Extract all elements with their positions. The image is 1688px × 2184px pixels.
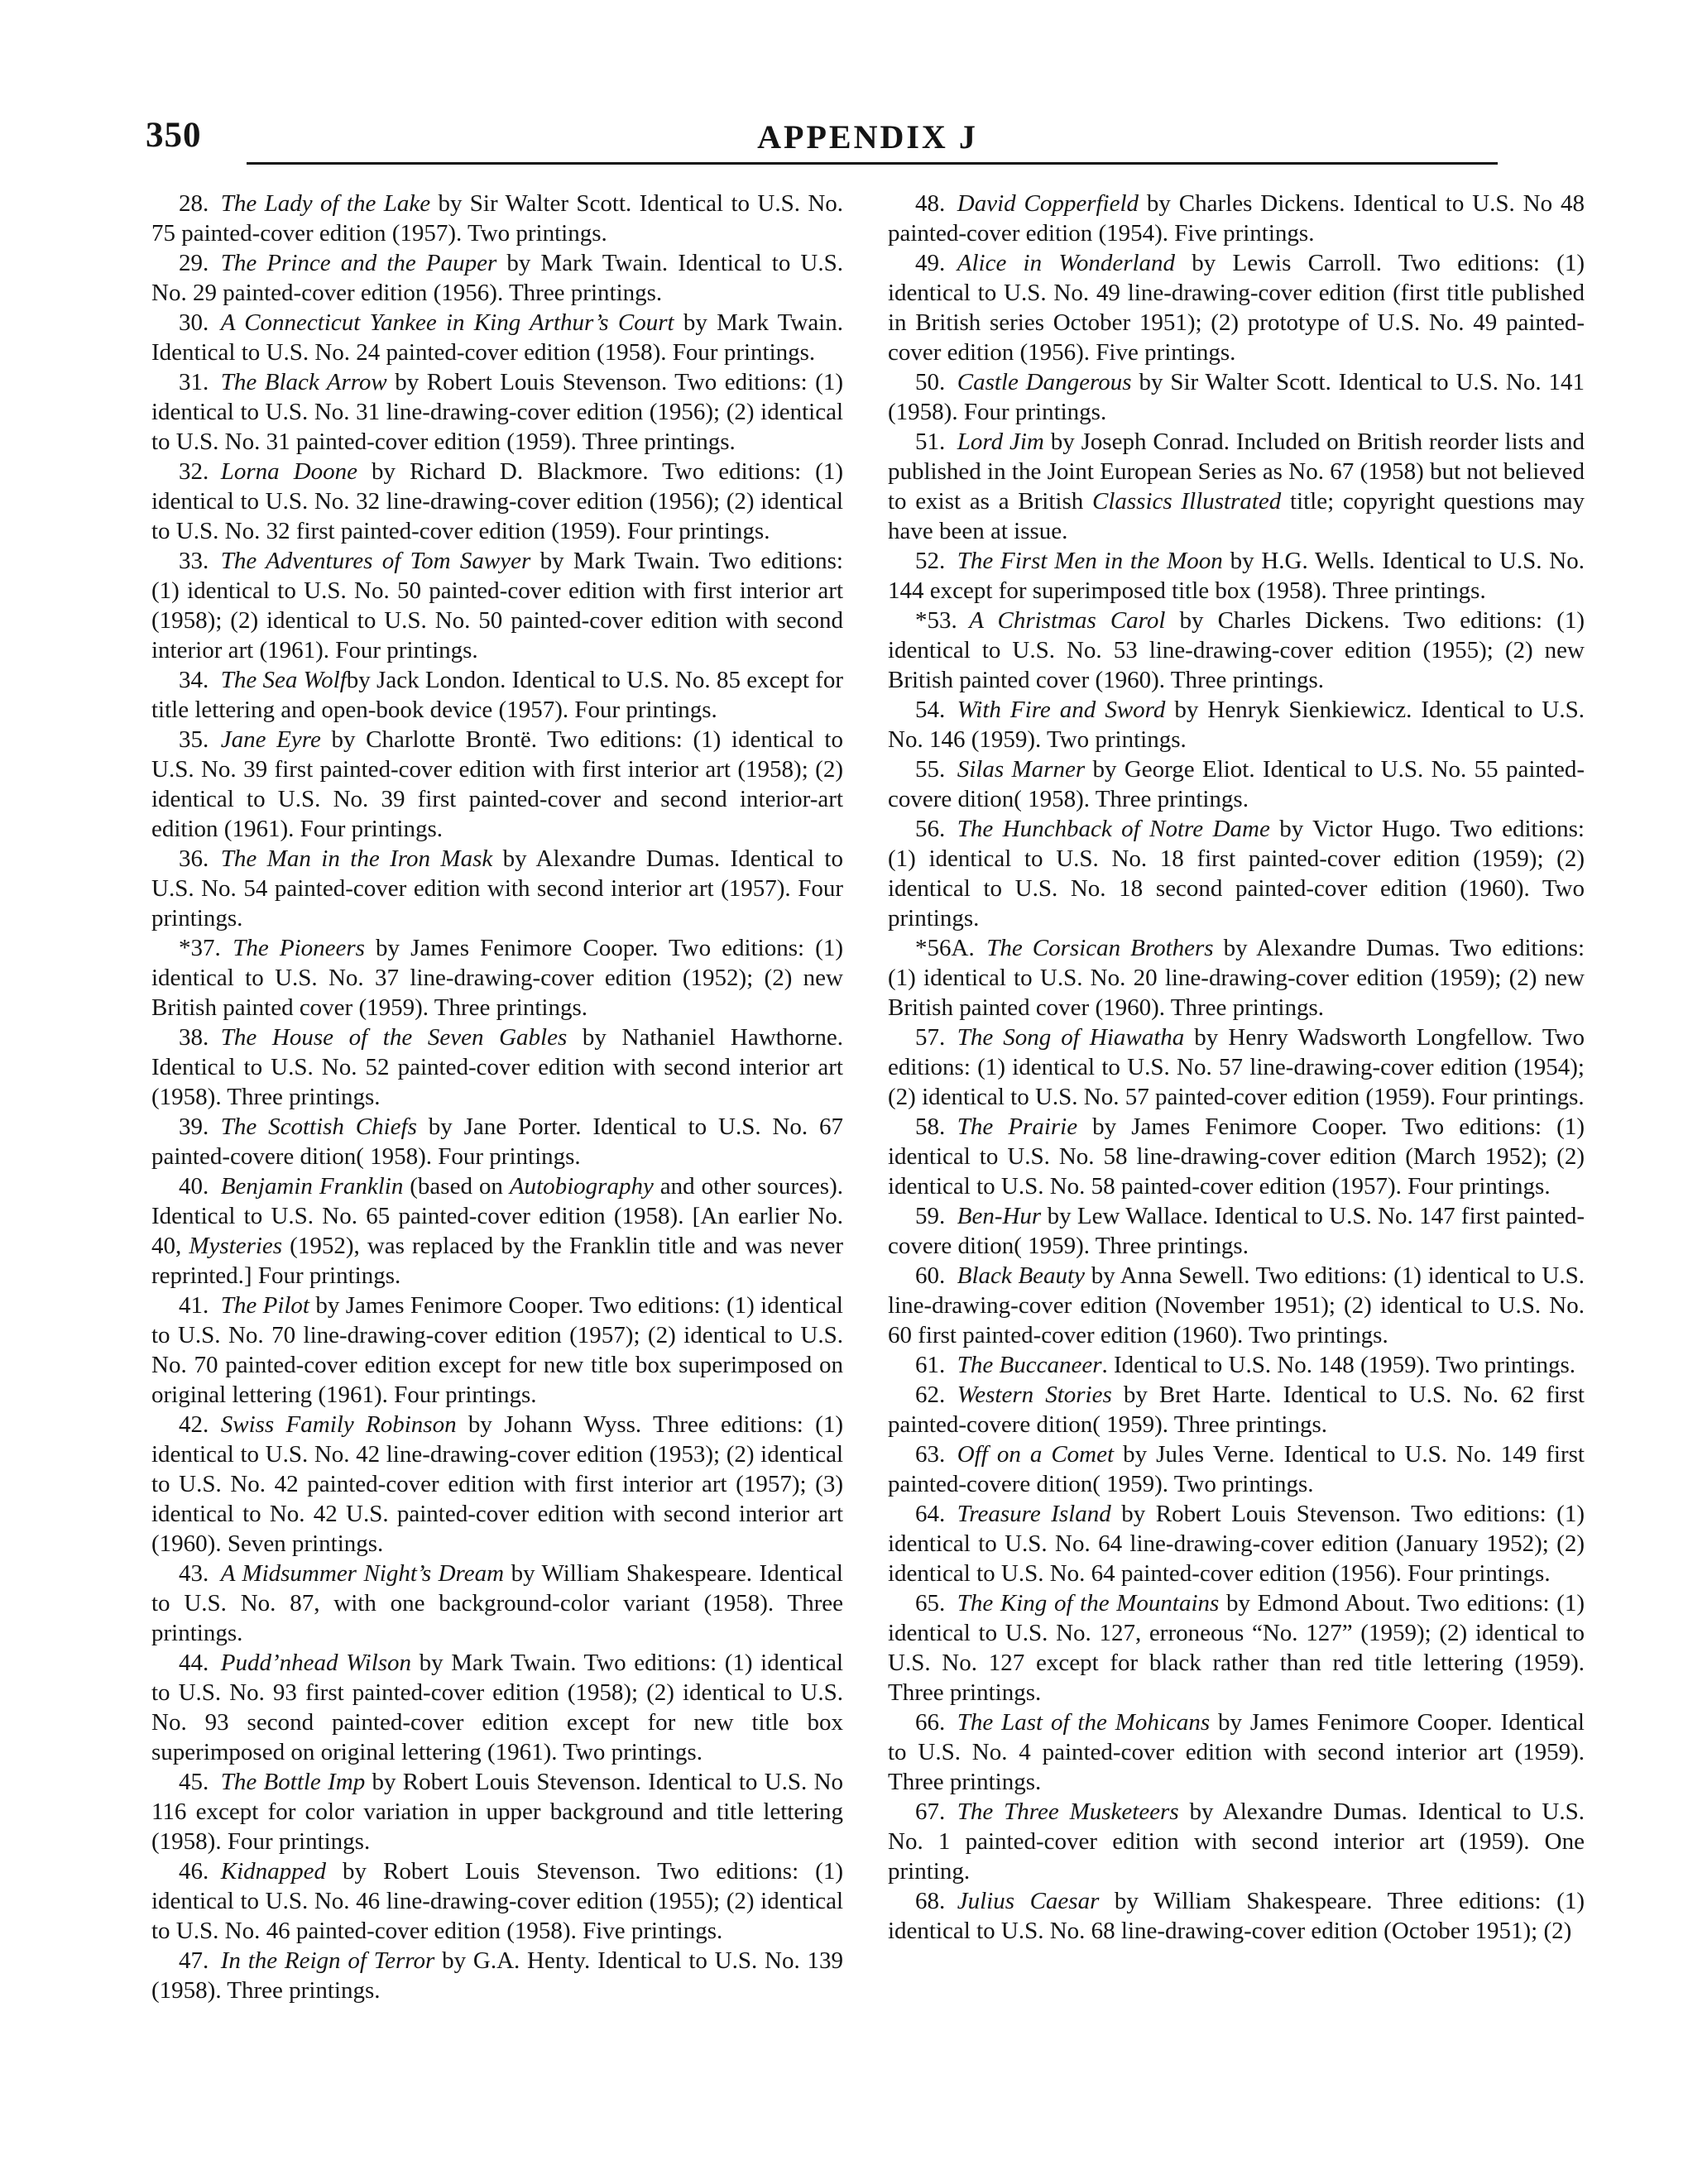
catalog-entry: 65. The King of the Mountains by Edmond …: [888, 1588, 1585, 1707]
entry-text: 64.: [915, 1501, 957, 1527]
book-title: Swiss Family Robinson: [221, 1411, 457, 1438]
catalog-entry: 48. David Copperfield by Charles Dickens…: [888, 189, 1585, 248]
catalog-entry: 67. The Three Musketeers by Alexandre Du…: [888, 1797, 1585, 1886]
book-title: The Bottle Imp: [221, 1769, 365, 1795]
book-title: The Pilot: [221, 1292, 309, 1319]
entry-text: *53.: [915, 607, 969, 634]
catalog-entry: 46. Kidnapped by Robert Louis Stevenson.…: [151, 1856, 843, 1946]
catalog-entry: 61. The Buccaneer. Identical to U.S. No.…: [888, 1350, 1585, 1380]
catalog-entry: *37. The Pioneers by James Fenimore Coop…: [151, 933, 843, 1023]
entry-text: 61.: [915, 1352, 957, 1378]
book-title: In the Reign of Terror: [221, 1947, 435, 1974]
book-title: The Corsican Brothers: [986, 935, 1213, 961]
book-title: Kidnapped: [221, 1858, 326, 1885]
book-title: The First Men in the Moon: [957, 548, 1223, 574]
entry-text: *37.: [179, 935, 233, 961]
book-page: 350 APPENDIX J 28. The Lady of the Lake …: [0, 0, 1688, 2184]
catalog-entry: 43. A Midsummer Night’s Dream by William…: [151, 1559, 843, 1648]
catalog-entry: 62. Western Stories by Bret Harte. Ident…: [888, 1380, 1585, 1439]
right-text-column: 48. David Copperfield by Charles Dickens…: [888, 189, 1585, 1946]
entry-text: 45.: [179, 1769, 221, 1795]
catalog-entry: 68. Julius Caesar by William Shakespeare…: [888, 1886, 1585, 1946]
catalog-entry: 60. Black Beauty by Anna Sewell. Two edi…: [888, 1261, 1585, 1350]
book-title: Lord Jim: [957, 429, 1044, 455]
catalog-entry: 30. A Connecticut Yankee in King Arthur’…: [151, 308, 843, 367]
catalog-entry: 35. Jane Eyre by Charlotte Brontë. Two e…: [151, 725, 843, 844]
book-title: With Fire and Sword: [957, 697, 1166, 723]
entry-text: 46.: [179, 1858, 221, 1885]
entry-text: 57.: [915, 1024, 957, 1051]
book-title: A Christmas Carol: [969, 607, 1165, 634]
entry-text: 52.: [915, 548, 957, 574]
catalog-entry: 34. The Sea Wolfby Jack London. Identica…: [151, 665, 843, 725]
entry-text: (based on: [403, 1173, 510, 1200]
book-title: The Sea Wolf: [221, 667, 347, 693]
book-title: A Connecticut Yankee in King Arthur’s Co…: [221, 309, 674, 336]
catalog-entry: 29. The Prince and the Pauper by Mark Tw…: [151, 248, 843, 308]
catalog-entry: 54. With Fire and Sword by Henryk Sienki…: [888, 695, 1585, 754]
left-text-column: 28. The Lady of the Lake by Sir Walter S…: [151, 189, 843, 2005]
book-title: A Midsummer Night’s Dream: [221, 1560, 504, 1587]
book-title: Lorna Doone: [221, 458, 357, 485]
entry-text: 29.: [179, 250, 221, 276]
catalog-entry: 47. In the Reign of Terror by G.A. Henty…: [151, 1946, 843, 2005]
catalog-entry: 63. Off on a Comet by Jules Verne. Ident…: [888, 1439, 1585, 1499]
book-title: The Hunchback of Notre Dame: [957, 816, 1270, 842]
book-title: The Lady of the Lake: [221, 190, 430, 217]
book-title: Treasure Island: [957, 1501, 1111, 1527]
entry-text: 43.: [179, 1560, 221, 1587]
book-title: The Song of Hiawatha: [957, 1024, 1185, 1051]
entry-text: 65.: [915, 1590, 957, 1616]
book-title: The Last of the Mohicans: [957, 1709, 1210, 1736]
catalog-entry: 28. The Lady of the Lake by Sir Walter S…: [151, 189, 843, 248]
entry-text: 63.: [915, 1441, 957, 1468]
catalog-entry: 44. Pudd’nhead Wilson by Mark Twain. Two…: [151, 1648, 843, 1767]
entry-text: 47.: [179, 1947, 221, 1974]
catalog-entry: 42. Swiss Family Robinson by Johann Wyss…: [151, 1410, 843, 1559]
catalog-entry: 31. The Black Arrow by Robert Louis Stev…: [151, 367, 843, 457]
catalog-entry: 59. Ben-Hur by Lew Wallace. Identical to…: [888, 1201, 1585, 1261]
book-title: Silas Marner: [957, 756, 1085, 783]
entry-text: 39.: [179, 1114, 221, 1140]
catalog-entry: 38. The House of the Seven Gables by Nat…: [151, 1023, 843, 1112]
catalog-entry: *56A. The Corsican Brothers by Alexandre…: [888, 933, 1585, 1023]
entry-text: 36.: [179, 845, 221, 872]
book-title: Autobiography: [510, 1173, 654, 1200]
book-title: The Adventures of Tom Sawyer: [221, 548, 531, 574]
catalog-entry: *53. A Christmas Carol by Charles Dicken…: [888, 606, 1585, 695]
entry-text: 60.: [915, 1262, 957, 1289]
catalog-entry: 58. The Prairie by James Fenimore Cooper…: [888, 1112, 1585, 1201]
entry-text: 68.: [915, 1888, 957, 1914]
book-title: Jane Eyre: [221, 726, 321, 753]
book-title: The Three Musketeers: [957, 1798, 1179, 1825]
book-title: The Prince and the Pauper: [221, 250, 496, 276]
running-head-title: APPENDIX J: [151, 120, 1584, 155]
catalog-entry: 36. The Man in the Iron Mask by Alexandr…: [151, 844, 843, 933]
entry-text: 28.: [179, 190, 221, 217]
book-title: The Man in the Iron Mask: [221, 845, 493, 872]
entry-text: 67.: [915, 1798, 957, 1825]
book-title: Ben-Hur: [957, 1203, 1041, 1229]
book-title: Castle Dangerous: [957, 369, 1132, 395]
book-title: Western Stories: [957, 1382, 1112, 1408]
entry-text: 50.: [915, 369, 957, 395]
entry-text: 33.: [179, 548, 221, 574]
book-title: The Buccaneer: [957, 1352, 1102, 1378]
catalog-entry: 40. Benjamin Franklin (based on Autobiog…: [151, 1171, 843, 1291]
book-title: The Black Arrow: [221, 369, 387, 395]
catalog-entry: 55. Silas Marner by George Eliot. Identi…: [888, 754, 1585, 814]
catalog-entry: 56. The Hunchback of Notre Dame by Victo…: [888, 814, 1585, 933]
catalog-entry: 32. Lorna Doone by Richard D. Blackmore.…: [151, 457, 843, 546]
book-title: Pudd’nhead Wilson: [221, 1650, 411, 1676]
entry-text: 41.: [179, 1292, 221, 1319]
book-title: Classics Illustrated: [1092, 488, 1281, 515]
entry-text: 62.: [915, 1382, 957, 1408]
book-title: Black Beauty: [957, 1262, 1085, 1289]
catalog-entry: 41. The Pilot by James Fenimore Cooper. …: [151, 1291, 843, 1410]
entry-text: 49.: [915, 250, 957, 276]
entry-text: 66.: [915, 1709, 957, 1736]
entry-text: 51.: [915, 429, 957, 455]
book-title: Julius Caesar: [957, 1888, 1100, 1914]
entry-text: 42.: [179, 1411, 221, 1438]
entry-text: 59.: [915, 1203, 957, 1229]
entry-text: 55.: [915, 756, 957, 783]
book-title: Alice in Wonderland: [957, 250, 1175, 276]
book-title: The House of the Seven Gables: [221, 1024, 568, 1051]
header-rule: [247, 162, 1498, 165]
entry-text: 58.: [915, 1114, 957, 1140]
entry-text: . Identical to U.S. No. 148 (1959). Two …: [1102, 1352, 1576, 1378]
entry-text: 30.: [179, 309, 221, 336]
book-title: The Prairie: [957, 1114, 1077, 1140]
book-title: Off on a Comet: [957, 1441, 1114, 1468]
book-title: The King of the Mountains: [957, 1590, 1220, 1616]
entry-text: 31.: [179, 369, 221, 395]
catalog-entry: 49. Alice in Wonderland by Lewis Carroll…: [888, 248, 1585, 367]
catalog-entry: 57. The Song of Hiawatha by Henry Wadswo…: [888, 1023, 1585, 1112]
catalog-entry: 39. The Scottish Chiefs by Jane Porter. …: [151, 1112, 843, 1171]
entry-text: 34.: [179, 667, 221, 693]
catalog-entry: 33. The Adventures of Tom Sawyer by Mark…: [151, 546, 843, 665]
book-title: Benjamin Franklin: [221, 1173, 404, 1200]
entry-text: 56.: [915, 816, 957, 842]
catalog-entry: 52. The First Men in the Moon by H.G. We…: [888, 546, 1585, 606]
catalog-entry: 66. The Last of the Mohicans by James Fe…: [888, 1707, 1585, 1797]
book-title: The Pioneers: [233, 935, 365, 961]
entry-text: 44.: [179, 1650, 221, 1676]
entry-text: 38.: [179, 1024, 221, 1051]
catalog-entry: 45. The Bottle Imp by Robert Louis Steve…: [151, 1767, 843, 1856]
entry-text: 54.: [915, 697, 957, 723]
catalog-entry: 64. Treasure Island by Robert Louis Stev…: [888, 1499, 1585, 1588]
entry-text: 35.: [179, 726, 221, 753]
book-title: Mysteries: [189, 1233, 282, 1259]
catalog-entry: 51. Lord Jim by Joseph Conrad. Included …: [888, 427, 1585, 546]
catalog-entry: 50. Castle Dangerous by Sir Walter Scott…: [888, 367, 1585, 427]
entry-text: 32.: [179, 458, 221, 485]
book-title: The Scottish Chiefs: [221, 1114, 417, 1140]
entry-text: 40.: [179, 1173, 221, 1200]
entry-text: *56A.: [915, 935, 986, 961]
entry-text: 48.: [915, 190, 957, 217]
book-title: David Copperfield: [957, 190, 1139, 217]
